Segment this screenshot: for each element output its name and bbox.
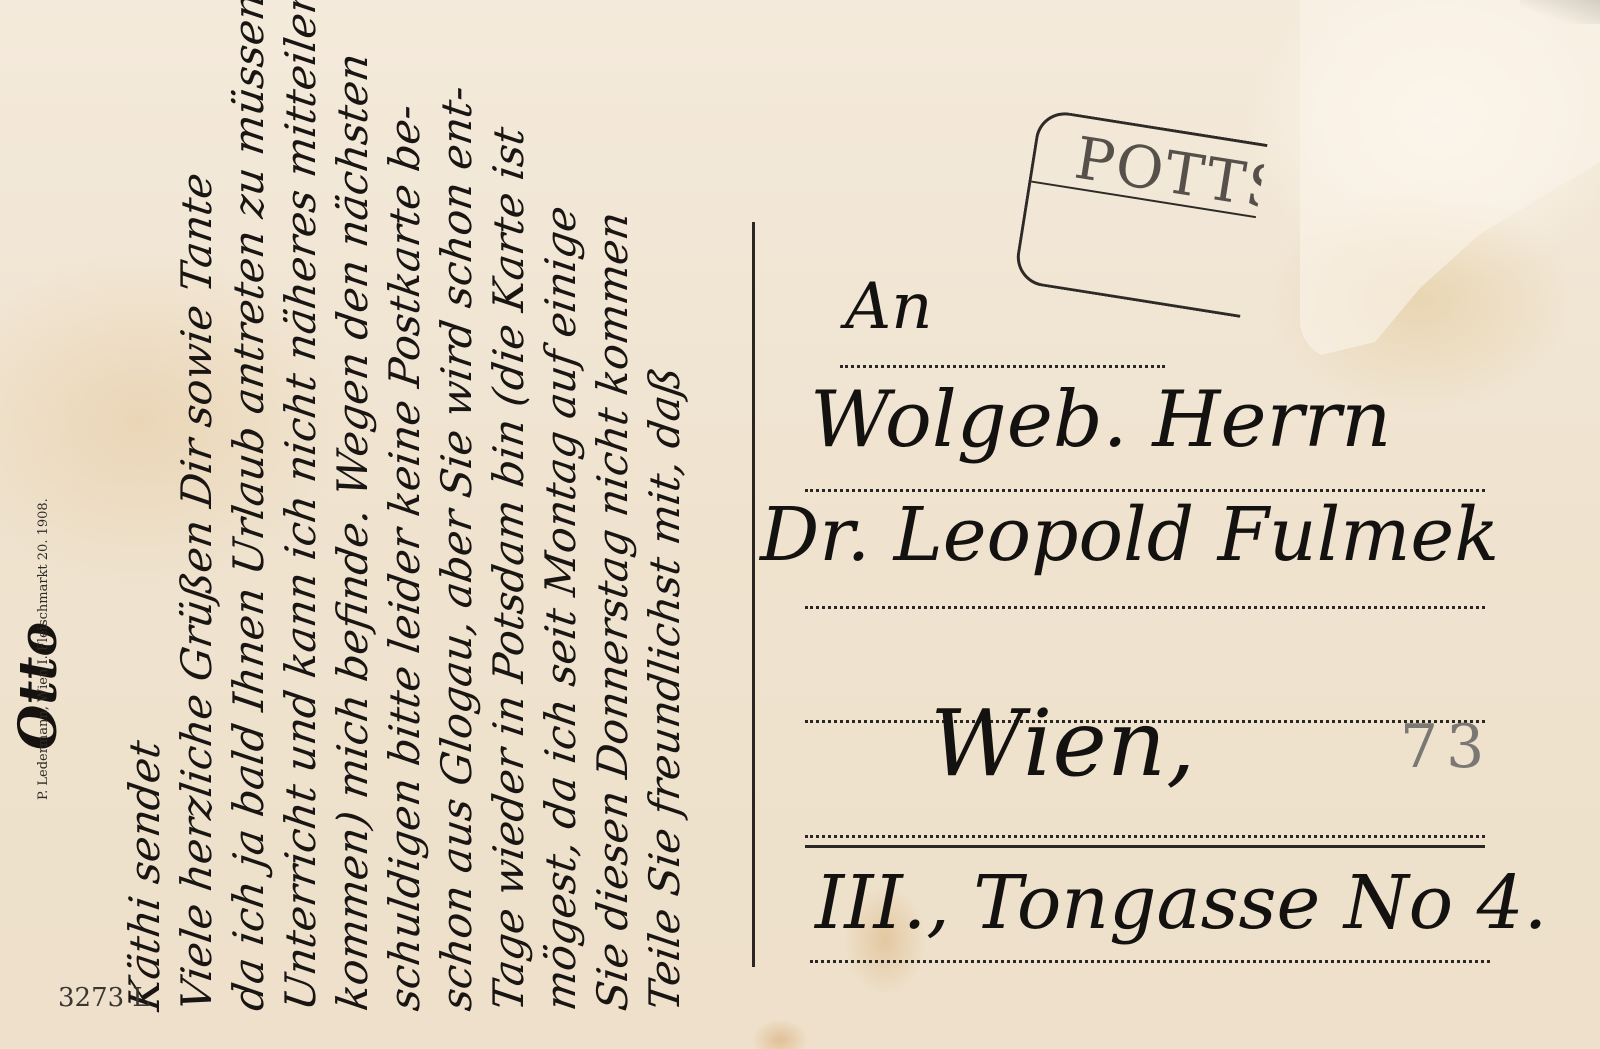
address-underline-solid	[805, 845, 1485, 848]
paper-stain	[1300, 0, 1600, 360]
address-title: Wolgeb. Herrn	[810, 375, 1391, 465]
postmark-stamp: POTTS	[1012, 108, 1339, 329]
message-line: Tage wieder in Potsdam bin (die Karte is…	[484, 124, 533, 1013]
address-city: Wien,	[930, 690, 1195, 797]
message-line: schon aus Glogau, aber Sie wird schon en…	[432, 83, 481, 1014]
postmark-text: POTTS	[1070, 124, 1293, 225]
handwritten-message: Teile Sie freundlichst mit, daß Sie dies…	[40, 10, 740, 1010]
message-line: da ich ja bald Ihnen Urlaub antreten zu …	[224, 0, 273, 1013]
stamped-number: 73	[1400, 712, 1492, 782]
message-line: Teile Sie freundlichst mit, daß	[640, 364, 689, 1013]
message-line: Viele herzliche Grüßen Dir sowie Tante	[172, 170, 221, 1014]
address-line-1	[840, 365, 1165, 368]
address-recipient-name: Dr. Leopold Fulmek	[760, 492, 1499, 578]
address-salutation: An	[845, 270, 932, 344]
message-line: kommen) mich befinde. Wegen den nächsten	[328, 50, 377, 1013]
address-line-6	[810, 960, 1490, 963]
message-line: schuldigen bitte leider keine Postkarte …	[380, 101, 429, 1013]
message-line: Unterricht und kann ich nicht näheres mi…	[276, 0, 325, 1013]
address-street: III., Tongasse No 4.	[815, 860, 1547, 946]
address-line-3	[805, 606, 1485, 609]
message-line: Sie diesen Donnerstag nicht kommen	[588, 209, 637, 1014]
series-number: 3273 L	[58, 983, 150, 1013]
postcard-back: POTTS An Wolgeb. Herrn Dr. Leopold Fulme…	[0, 0, 1600, 1049]
address-line-5	[805, 835, 1485, 838]
center-divider	[752, 222, 755, 967]
message-line: mögest, da ich seit Montag auf einige	[536, 203, 585, 1014]
printer-imprint: P. Ledermann, Wien I. Fleischmarkt 20. 1…	[36, 498, 51, 800]
torn-corner	[1520, 0, 1600, 24]
message-line: Käthi sendet	[120, 737, 169, 1013]
